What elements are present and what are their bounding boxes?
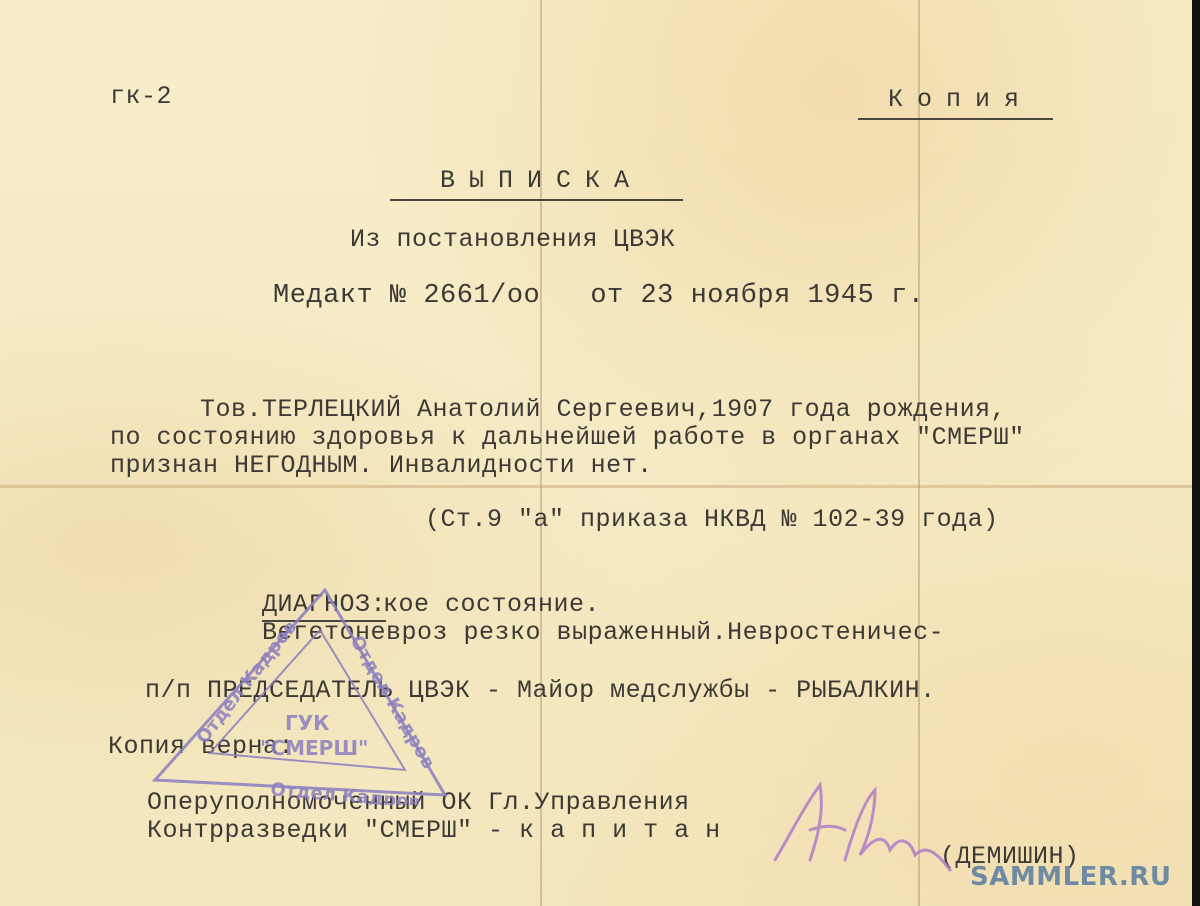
order-reference: (Ст.9 "а" приказа НКВД № 102-39 года) bbox=[425, 506, 999, 534]
stamp-center-line-1: ГУК bbox=[285, 711, 330, 735]
stamp-center-line-2: "СМЕРШ" bbox=[260, 736, 368, 760]
body-line-2: по состоянию здоровья к дальнейшей работ… bbox=[110, 424, 1025, 452]
body-line-1: Тов.ТЕРЛЕЦКИЙ Анатолий Сергеевич,1907 го… bbox=[200, 396, 1006, 424]
scan-edge bbox=[1192, 0, 1200, 906]
officer-line-2: Контрразведки "СМЕРШ" - к а п и т а н bbox=[147, 817, 721, 845]
document-subtitle: Из постановления ЦВЭК bbox=[350, 226, 676, 254]
reference-code: гк-2 bbox=[110, 83, 172, 111]
handwritten-signature bbox=[765, 775, 965, 885]
stamp-text-bottom: Отдел Кадров bbox=[270, 779, 421, 805]
document-page: гк-2 Копия ВЫПИСКА Из постановления ЦВЭК… bbox=[0, 0, 1192, 906]
triangular-stamp: Отдел Кадров Отдел Кадров Отдел Кадров Г… bbox=[150, 585, 450, 805]
body-line-3: признан НЕГОДНЫМ. Инвалидности нет. bbox=[110, 452, 653, 480]
paper-fold-vertical-right bbox=[918, 0, 920, 906]
watermark: SAMMLER.RU bbox=[970, 862, 1171, 892]
document-title: ВЫПИСКА bbox=[390, 167, 683, 201]
medact-line: Медакт № 2661/оо от 23 ноября 1945 г. bbox=[273, 282, 924, 310]
paper-fold-horizontal bbox=[0, 485, 1192, 488]
copy-mark: Копия bbox=[858, 86, 1053, 120]
